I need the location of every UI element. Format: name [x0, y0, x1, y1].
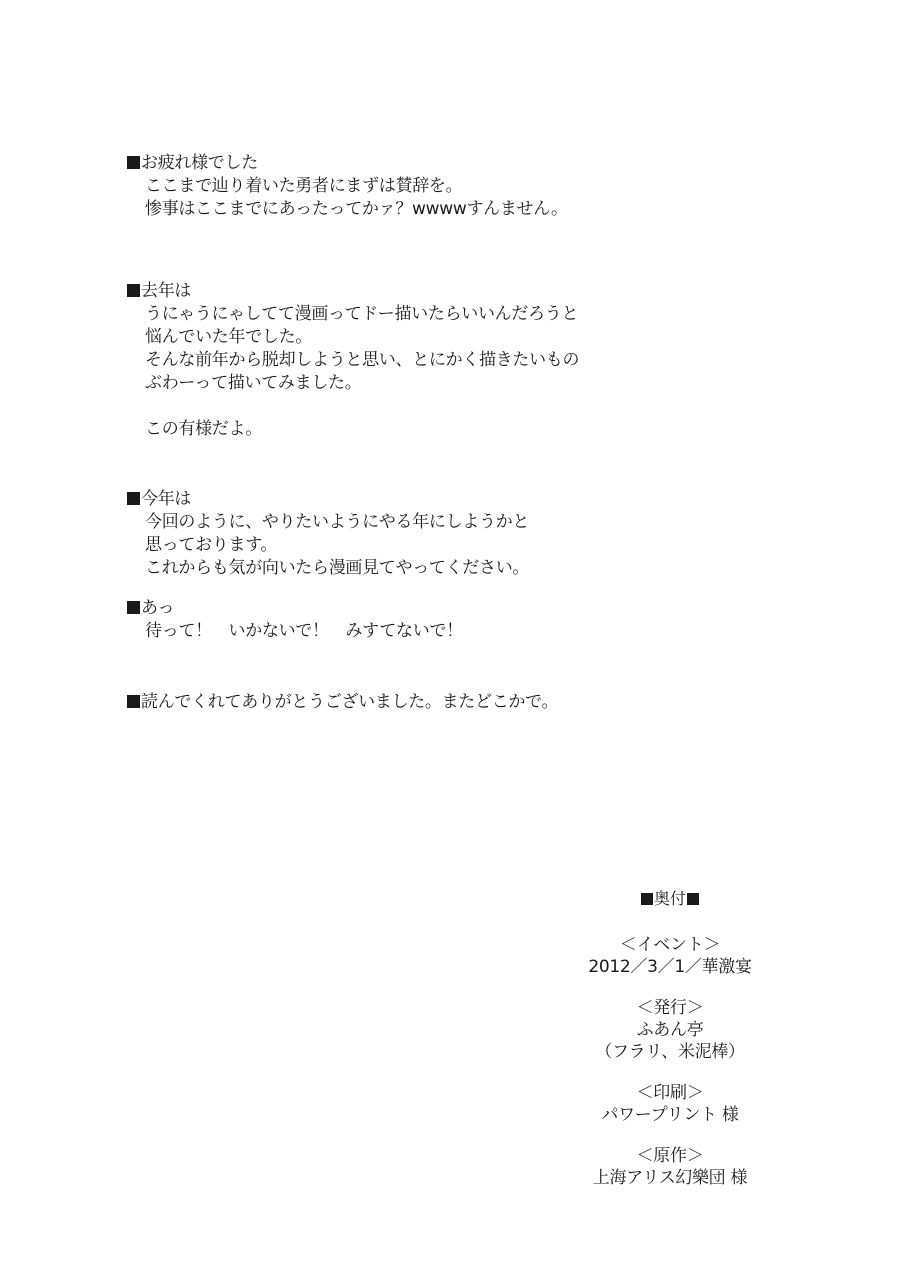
section-heading: あっ — [127, 597, 687, 620]
body-line: 惨事はここまでにあったってかァ？wwwwすんません。 — [127, 198, 687, 221]
square-bullet-icon — [687, 893, 699, 905]
colophon-event: ＜イベント＞ 2012／3／1／華激宴 — [560, 934, 780, 978]
colophon-value: ふあん亭 — [560, 1019, 780, 1041]
colophon-original-work: ＜原作＞ 上海アリス幻樂団 様 — [560, 1145, 780, 1189]
section-heading: 今年は — [127, 488, 687, 511]
square-bullet-icon — [127, 156, 140, 169]
body-line: ここまで辿り着いた勇者にまずは賛辞を。 — [127, 175, 687, 198]
square-bullet-icon — [127, 601, 140, 614]
afterword-page: お疲れ様でした ここまで辿り着いた勇者にまずは賛辞を。 惨事はここまでにあったっ… — [0, 0, 900, 1279]
colophon-label: ＜発行＞ — [560, 997, 780, 1019]
colophon-value: 2012／3／1／華激宴 — [560, 956, 780, 978]
colophon-label: ＜印刷＞ — [560, 1082, 780, 1104]
body-line: これからも気が向いたら漫画見てやってください。 — [127, 557, 687, 580]
square-bullet-icon — [127, 695, 140, 708]
body-line: ぶわーって描いてみました。 — [127, 372, 687, 395]
body-line: この有様だよ。 — [127, 418, 687, 441]
colophon-value: パワープリント 様 — [560, 1104, 780, 1126]
colophon-title: 奥付 — [560, 888, 780, 910]
colophon-publisher: ＜発行＞ ふあん亭 （フラリ、米泥棒） — [560, 997, 780, 1063]
colophon-label: ＜イベント＞ — [560, 934, 780, 956]
square-bullet-icon — [641, 893, 653, 905]
section-this-year: 今年は 今回のように、やりたいようにやる年にしようかと 思っております。 これか… — [127, 488, 687, 580]
body-line: うにゃうにゃしてて漫画ってドー描いたらいいんだろうと — [127, 303, 687, 326]
section-heading: 読んでくれてありがとうございました。またどこかで。 — [127, 691, 687, 714]
section-thanks: 読んでくれてありがとうございました。またどこかで。 — [127, 691, 687, 714]
body-line: 待って！ いかないで！ みすてないで！ — [127, 620, 687, 643]
section-heading: お疲れ様でした — [127, 152, 687, 175]
colophon-printer: ＜印刷＞ パワープリント 様 — [560, 1082, 780, 1126]
afterword-text: お疲れ様でした ここまで辿り着いた勇者にまずは賛辞を。 惨事はここまでにあったっ… — [127, 152, 687, 714]
section-last-year: 去年は うにゃうにゃしてて漫画ってドー描いたらいいんだろうと 悩んでいた年でした… — [127, 280, 687, 441]
section-ah: あっ 待って！ いかないで！ みすてないで！ — [127, 597, 687, 643]
body-line: 今回のように、やりたいようにやる年にしようかと — [127, 511, 687, 534]
colophon: 奥付 ＜イベント＞ 2012／3／1／華激宴 ＜発行＞ ふあん亭 （フラリ、米泥… — [560, 888, 780, 1208]
body-line: そんな前年から脱却しようと思い、とにかく描きたいもの — [127, 349, 687, 372]
body-line: 悩んでいた年でした。 — [127, 326, 687, 349]
square-bullet-icon — [127, 492, 140, 505]
section-otsukaresama: お疲れ様でした ここまで辿り着いた勇者にまずは賛辞を。 惨事はここまでにあったっ… — [127, 152, 687, 221]
colophon-value: （フラリ、米泥棒） — [560, 1041, 780, 1063]
square-bullet-icon — [127, 284, 140, 297]
section-heading: 去年は — [127, 280, 687, 303]
body-line: 思っております。 — [127, 534, 687, 557]
colophon-value: 上海アリス幻樂団 様 — [560, 1167, 780, 1189]
colophon-label: ＜原作＞ — [560, 1145, 780, 1167]
